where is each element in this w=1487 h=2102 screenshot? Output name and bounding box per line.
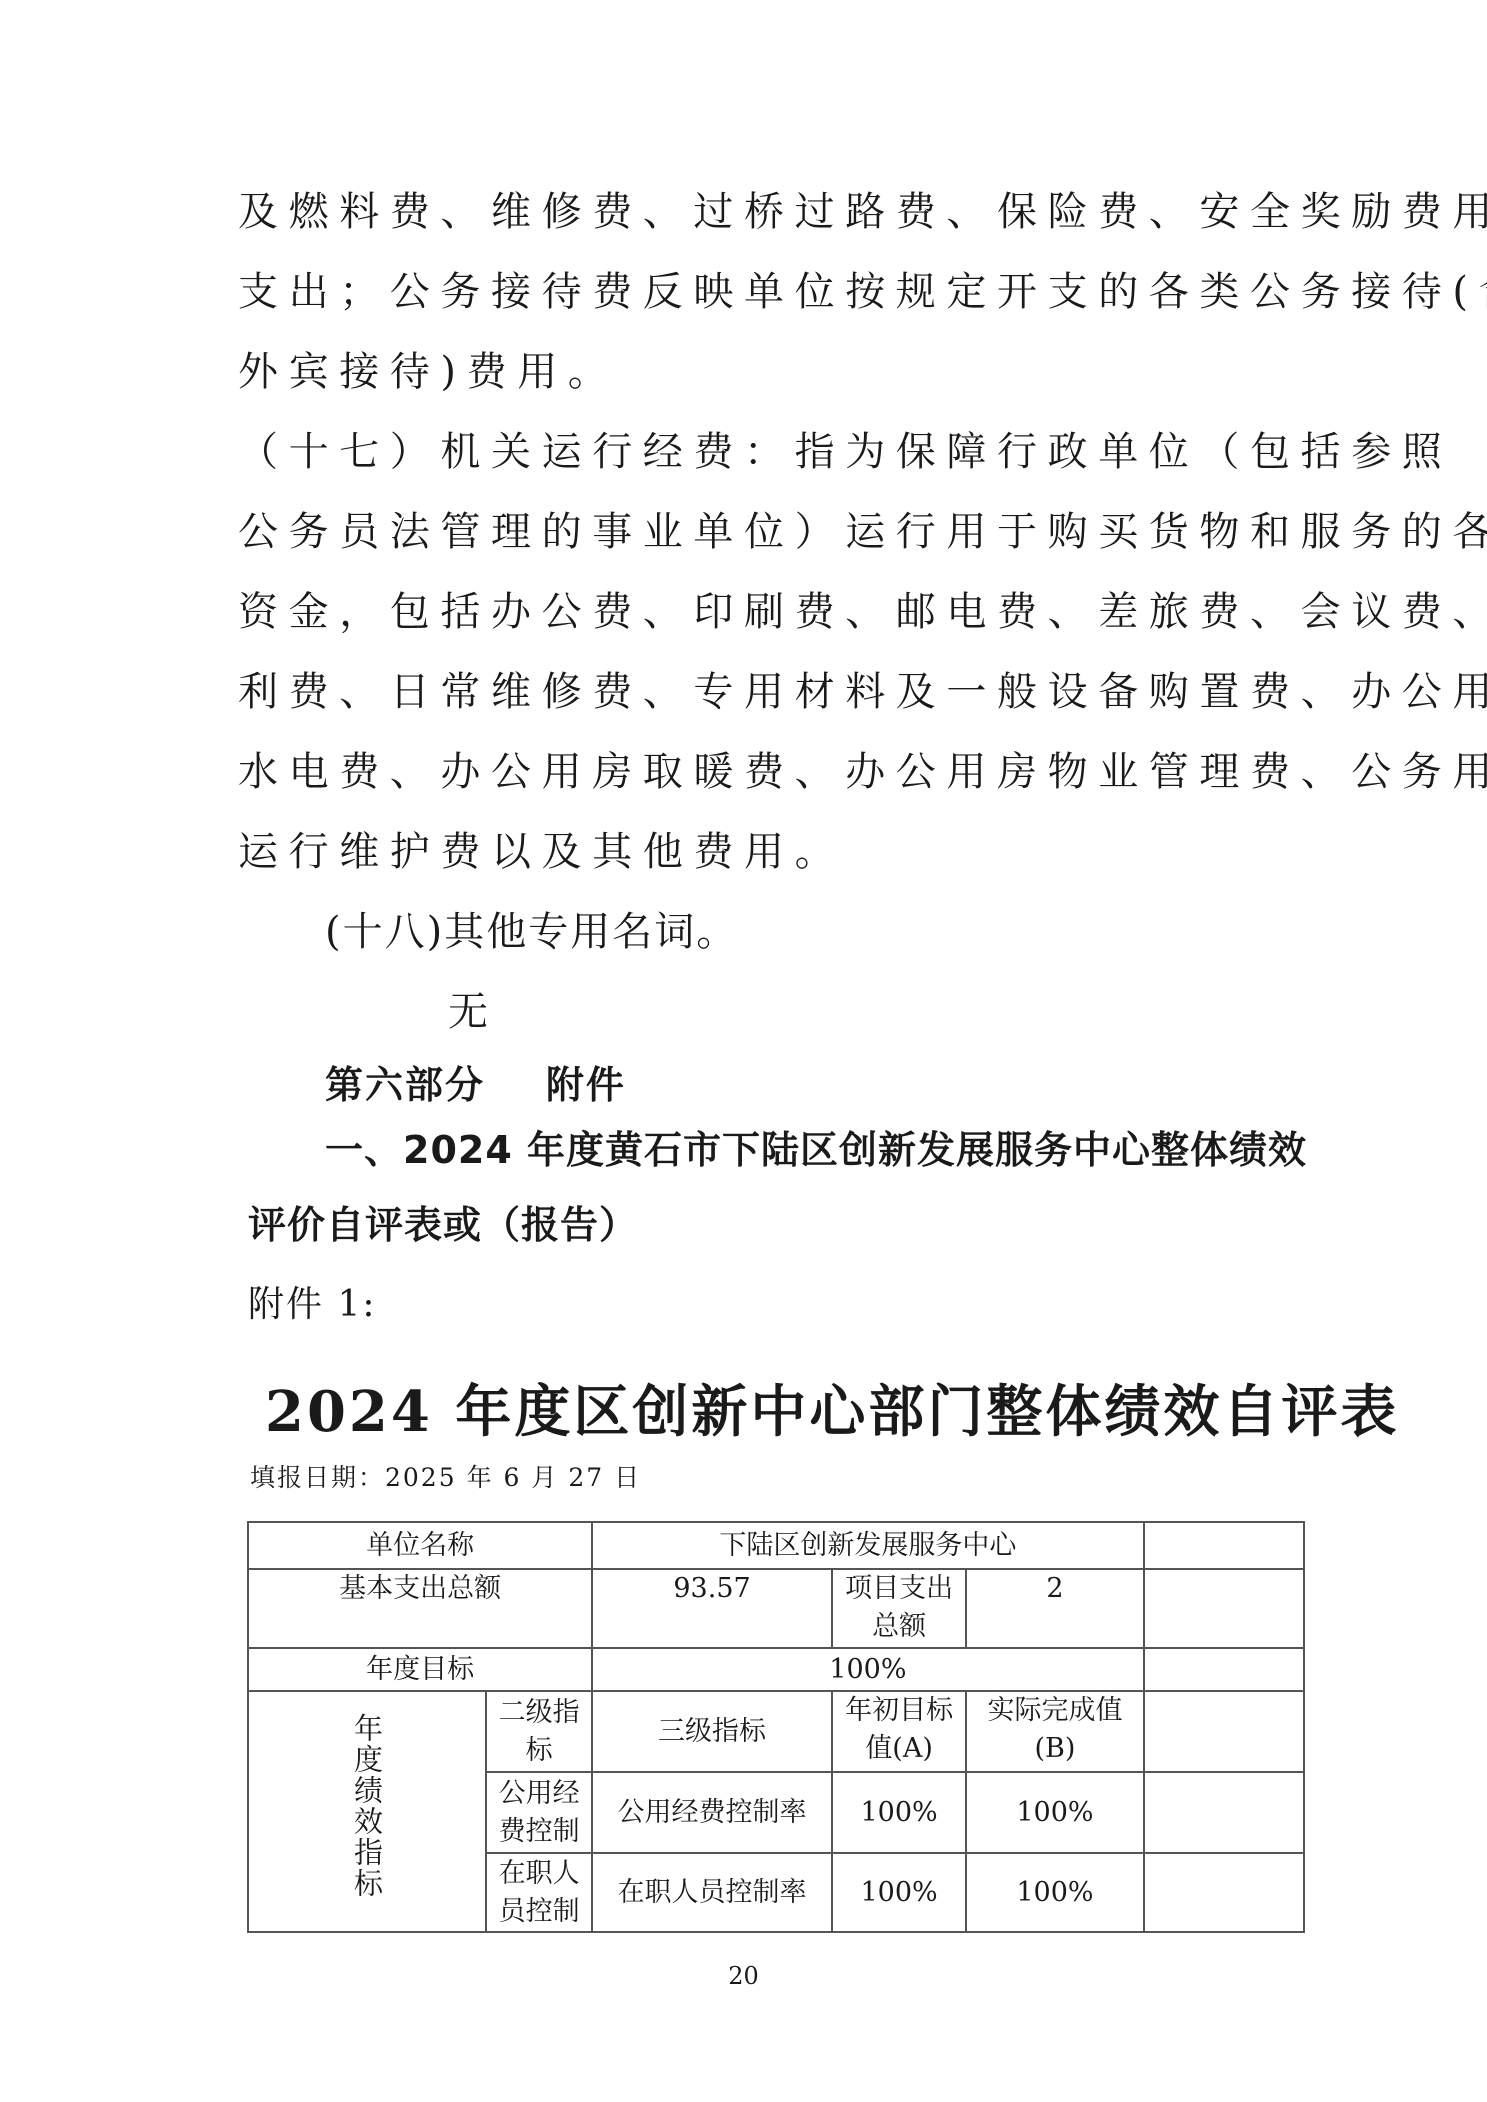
paragraph-line: 支出；公务接待费反映单位按规定开支的各类公务接待(含: [238, 272, 1487, 312]
indicator-group-label: 年度绩效指标: [248, 1691, 486, 1932]
header-level2: 二级指标: [486, 1691, 592, 1772]
header-level3: 三级指标: [592, 1691, 832, 1772]
row-actual: 100%: [966, 1853, 1143, 1932]
empty-cell: [1144, 1853, 1304, 1932]
empty-cell: [1144, 1569, 1304, 1648]
unit-name-value: 下陆区创新发展服务中心: [592, 1522, 1143, 1569]
unit-name-label: 单位名称: [248, 1522, 592, 1569]
fill-date: 填报日期：2025 年 6 月 27 日: [250, 1458, 641, 1494]
paragraph-line: 资金，包括办公费、印刷费、邮电费、差旅费、会议费、福: [238, 592, 1487, 632]
section-heading: 第六部分 附件: [325, 1065, 626, 1105]
table-row: 基本支出总额 93.57 项目支出总额 2: [248, 1569, 1304, 1648]
page-number: 20: [0, 1962, 1487, 1990]
form-title: 2024 年度区创新中心部门整体绩效自评表: [265, 1368, 1399, 1448]
paragraph-line: 运行维护费以及其他费用。: [238, 832, 845, 872]
basic-expense-label: 基本支出总额: [248, 1569, 592, 1648]
row-level3: 在职人员控制率: [592, 1853, 832, 1932]
basic-expense-value: 93.57: [592, 1569, 832, 1648]
section-subheading: 一、2024 年度黄石市下陆区创新发展服务中心整体绩效: [325, 1130, 1307, 1170]
paragraph-line: 外宾接待)费用。: [238, 352, 618, 392]
project-expense-label: 项目支出总额: [832, 1569, 966, 1648]
paragraph-line: (十八)其他专用名词。: [325, 912, 738, 952]
row-level2: 公用经费控制: [486, 1772, 592, 1853]
section-subheading: 评价自评表或（报告）: [248, 1205, 638, 1245]
table-row: 年度目标 100%: [248, 1648, 1304, 1691]
project-expense-value: 2: [966, 1569, 1143, 1648]
paragraph-line: 水电费、办公用房取暖费、办公用房物业管理费、公务用车: [238, 752, 1487, 792]
row-actual: 100%: [966, 1772, 1143, 1853]
annual-goal-value: 100%: [592, 1648, 1143, 1691]
empty-cell: [1144, 1772, 1304, 1853]
empty-cell: [1144, 1522, 1304, 1569]
row-level2: 在职人员控制: [486, 1853, 592, 1932]
paragraph-line: 利费、日常维修费、专用材料及一般设备购置费、办公用房: [238, 672, 1487, 712]
paragraph-line: 及燃料费、维修费、过桥过路费、保险费、安全奖励费用等: [238, 192, 1487, 232]
header-actual: 实际完成值(B): [966, 1691, 1143, 1772]
table-row: 年度绩效指标 二级指标 三级指标 年初目标值(A) 实际完成值(B): [248, 1691, 1304, 1772]
table-row: 单位名称 下陆区创新发展服务中心: [248, 1522, 1304, 1569]
empty-cell: [1144, 1648, 1304, 1691]
header-target: 年初目标值(A): [832, 1691, 966, 1772]
paragraph-line: （十七）机关运行经费：指为保障行政单位（包括参照: [238, 432, 1452, 472]
row-target: 100%: [832, 1772, 966, 1853]
annual-goal-label: 年度目标: [248, 1648, 592, 1691]
attachment-label: 附件 1:: [248, 1285, 376, 1325]
indicator-group-text: 年度绩效指标: [348, 1713, 386, 1899]
row-level3: 公用经费控制率: [592, 1772, 832, 1853]
row-target: 100%: [832, 1853, 966, 1932]
performance-table: 单位名称 下陆区创新发展服务中心 基本支出总额 93.57 项目支出总额 2 年…: [247, 1521, 1305, 1933]
paragraph-line: 公务员法管理的事业单位）运行用于购买货物和服务的各项: [238, 512, 1487, 552]
empty-cell: [1144, 1691, 1304, 1772]
paragraph-line: 无: [448, 992, 499, 1032]
